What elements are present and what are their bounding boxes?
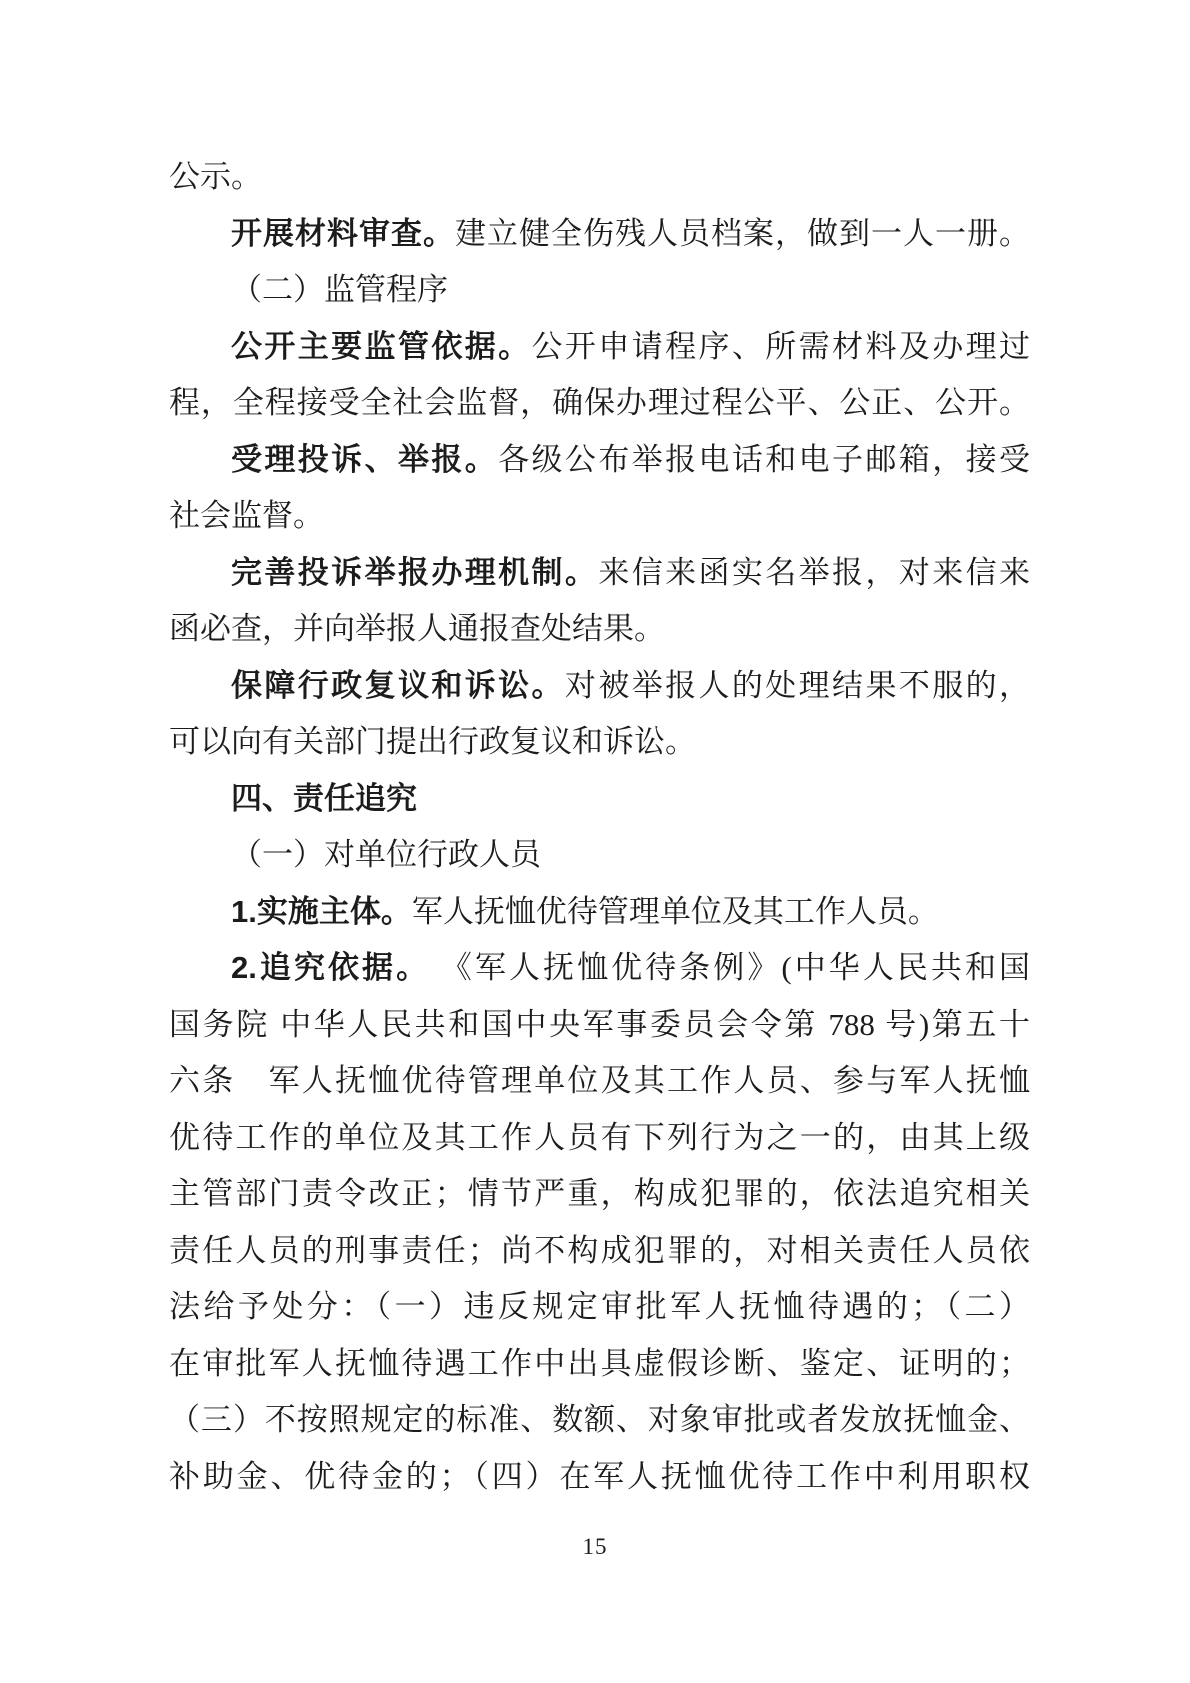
text-line-3: （二）监管程序 <box>169 262 1030 319</box>
text-line-19: 主管部门责令改正；情节严重，构成犯罪的，依法追究相关 <box>169 1166 1030 1223</box>
body-text: 可以向有关部门提出行政复议和诉讼。 <box>169 724 696 759</box>
document-page: 公示。开展材料审查。建立健全伤残人员档案，做到一人一册。（二）监管程序公开主要监… <box>0 0 1190 1683</box>
emphasis-text: 开展材料审查。 <box>231 216 455 251</box>
body-text: 责任人员的刑事责任；尚不构成犯罪的，对相关责任人员依 <box>169 1233 1030 1268</box>
text-line-4: 公开主要监管依据。公开申请程序、所需材料及办理过 <box>169 319 1030 376</box>
body-text: 程，全程接受全社会监督，确保办理过程公平、公正、公开。 <box>169 385 1030 420</box>
emphasis-text: 四、责任追究 <box>231 781 417 816</box>
text-line-13: （一）对单位行政人员 <box>169 827 1030 884</box>
body-text: 建立健全伤残人员档案，做到一人一册。 <box>455 216 1030 251</box>
body-text: （二）监管程序 <box>231 272 448 307</box>
body-text: 优待工作的单位及其工作人员有下列行为之一的，由其上级 <box>169 1120 1030 1155</box>
text-line-8: 完善投诉举报办理机制。来信来函实名举报，对来信来 <box>169 545 1030 602</box>
body-text: 国务院 中华人民共和国中央军事委员会令第 788 号)第五十 <box>169 1007 1030 1042</box>
text-line-22: 在审批军人抚恤待遇工作中出具虚假诊断、鉴定、证明的； <box>169 1336 1030 1393</box>
text-line-20: 责任人员的刑事责任；尚不构成犯罪的，对相关责任人员依 <box>169 1223 1030 1280</box>
text-line-9: 函必查，并向举报人通报查处结果。 <box>169 601 1030 658</box>
page-number: 15 <box>0 1534 1190 1560</box>
emphasis-text: 1.实施主体。 <box>231 894 412 929</box>
text-line-24: 补助金、优待金的；（四）在军人抚恤优待工作中利用职权 <box>169 1449 1030 1506</box>
body-text: 对被举报人的处理结果不服的， <box>565 668 1030 703</box>
body-text: 公示。 <box>169 159 262 194</box>
body-text: 各级公布举报电话和电子邮箱，接受 <box>498 442 1030 477</box>
body-text: 补助金、优待金的；（四）在军人抚恤优待工作中利用职权 <box>169 1459 1030 1494</box>
body-text: 社会监督。 <box>169 498 324 533</box>
text-line-14: 1.实施主体。军人抚恤优待管理单位及其工作人员。 <box>169 884 1030 941</box>
body-text: （一）对单位行政人员 <box>231 837 541 872</box>
body-text: 主管部门责令改正；情节严重，构成犯罪的，依法追究相关 <box>169 1176 1030 1211</box>
emphasis-text: 公开主要监管依据。 <box>231 329 532 364</box>
body-text: 在审批军人抚恤待遇工作中出具虚假诊断、鉴定、证明的； <box>169 1346 1030 1381</box>
body-text: 法给予处分：（一）违反规定审批军人抚恤待遇的；（二） <box>169 1289 1030 1324</box>
text-line-21: 法给予处分：（一）违反规定审批军人抚恤待遇的；（二） <box>169 1279 1030 1336</box>
text-line-2: 开展材料审查。建立健全伤残人员档案，做到一人一册。 <box>169 206 1030 263</box>
text-line-10: 保障行政复议和诉讼。对被举报人的处理结果不服的， <box>169 658 1030 715</box>
emphasis-text: 保障行政复议和诉讼。 <box>231 668 565 703</box>
text-line-6: 受理投诉、举报。各级公布举报电话和电子邮箱，接受 <box>169 432 1030 489</box>
text-line-7: 社会监督。 <box>169 488 1030 545</box>
text-line-16: 国务院 中华人民共和国中央军事委员会令第 788 号)第五十 <box>169 997 1030 1054</box>
emphasis-text: 完善投诉举报办理机制。 <box>231 555 598 590</box>
body-text: 公开申请程序、所需材料及办理过 <box>532 329 1030 364</box>
body-text: （三）不按照规定的标准、数额、对象审批或者发放抚恤金、 <box>169 1402 1030 1437</box>
text-line-1: 公示。 <box>169 149 1030 206</box>
text-line-17: 六条 军人抚恤优待管理单位及其工作人员、参与军人抚恤 <box>169 1053 1030 1110</box>
text-line-12: 四、责任追究 <box>169 771 1030 828</box>
emphasis-text: 2.追究依据。 <box>231 950 430 985</box>
text-line-5: 程，全程接受全社会监督，确保办理过程公平、公正、公开。 <box>169 375 1030 432</box>
body-text: 军人抚恤优待管理单位及其工作人员。 <box>412 894 939 929</box>
body-text: 六条 军人抚恤优待管理单位及其工作人员、参与军人抚恤 <box>169 1063 1030 1098</box>
text-line-18: 优待工作的单位及其工作人员有下列行为之一的，由其上级 <box>169 1110 1030 1167</box>
text-line-15: 2.追究依据。 《军人抚恤优待条例》(中华人民共和国 <box>169 940 1030 997</box>
text-line-23: （三）不按照规定的标准、数额、对象审批或者发放抚恤金、 <box>169 1392 1030 1449</box>
document-body: 公示。开展材料审查。建立健全伤残人员档案，做到一人一册。（二）监管程序公开主要监… <box>169 149 1030 1505</box>
body-text: 《军人抚恤优待条例》(中华人民共和国 <box>430 950 1030 985</box>
body-text: 函必查，并向举报人通报查处结果。 <box>169 611 665 646</box>
emphasis-text: 受理投诉、举报。 <box>231 442 498 477</box>
text-line-11: 可以向有关部门提出行政复议和诉讼。 <box>169 714 1030 771</box>
body-text: 来信来函实名举报，对来信来 <box>598 555 1030 590</box>
